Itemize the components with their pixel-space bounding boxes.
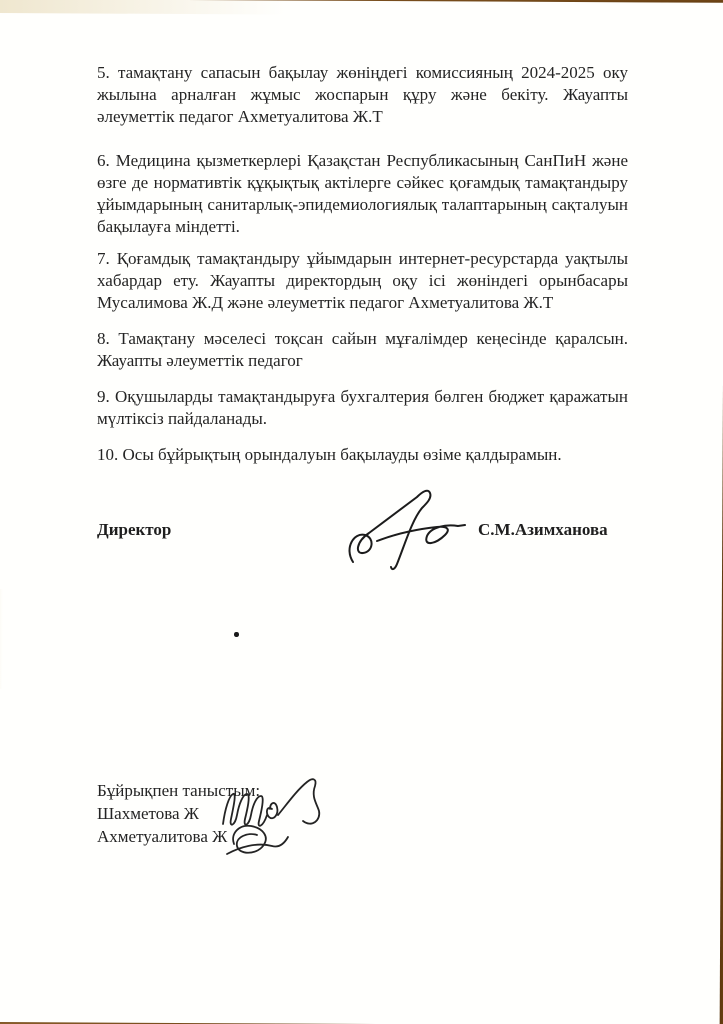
- order-item-9: 9. Оқушыларды тамақтандыруға бухгалтерия…: [97, 386, 628, 430]
- order-item-7: 7. Қоғамдық тамақтандыру ұйымдарын интер…: [97, 248, 628, 314]
- director-role-label: Директор: [97, 520, 171, 540]
- order-item-5: 5. тамақтану сапасын бақылау жөніңдегі к…: [97, 62, 628, 128]
- order-item-8: 8. Тамақтану мәселесі тоқсан сайын мұғал…: [97, 328, 628, 372]
- order-item-6: 6. Медицина қызметкерлері Қазақстан Респ…: [97, 150, 628, 238]
- ink-speck: [234, 632, 239, 637]
- director-name: С.М.Азимханова: [478, 520, 608, 540]
- order-item-10: 10. Осы бұйрықтың орындалуын бақылауды ө…: [97, 444, 628, 466]
- director-signature-icon: [346, 484, 468, 576]
- akhmetualitova-signature-icon: [224, 816, 292, 862]
- document-page: 5. тамақтану сапасын бақылау жөніңдегі к…: [0, 0, 723, 1024]
